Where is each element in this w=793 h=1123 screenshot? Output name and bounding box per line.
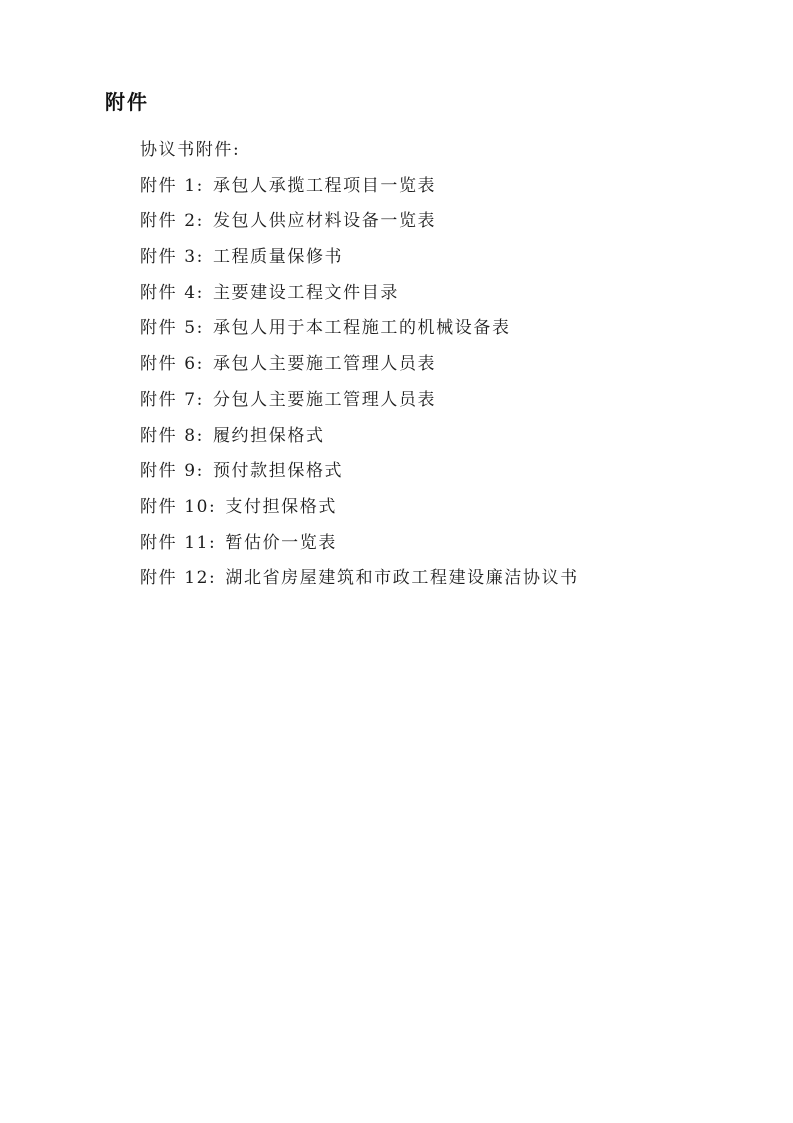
attachment-title: 支付担保格式 xyxy=(225,497,337,517)
attachment-item-1: 附件 1:承包人承揽工程项目一览表 xyxy=(140,169,753,205)
attachment-title: 承包人承揽工程项目一览表 xyxy=(213,176,436,196)
attachment-title: 承包人用于本工程施工的机械设备表 xyxy=(213,318,511,338)
attachment-label: 附件 6: xyxy=(140,354,204,374)
attachment-label: 附件 9: xyxy=(140,461,204,481)
attachment-item-12: 附件 12:湖北省房屋建筑和市政工程建设廉洁协议书 xyxy=(140,561,753,597)
attachment-label: 附件 12: xyxy=(140,568,216,588)
attachment-item-6: 附件 6:承包人主要施工管理人员表 xyxy=(140,347,753,383)
document-page: 附件 协议书附件: 附件 1:承包人承揽工程项目一览表 附件 2:发包人供应材料… xyxy=(0,0,793,1123)
attachment-label: 附件 3: xyxy=(140,247,204,267)
attachment-list: 协议书附件: 附件 1:承包人承揽工程项目一览表 附件 2:发包人供应材料设备一… xyxy=(140,133,753,597)
attachment-title: 湖北省房屋建筑和市政工程建设廉洁协议书 xyxy=(225,568,578,588)
attachment-label: 附件 7: xyxy=(140,390,204,410)
attachment-intro: 协议书附件: xyxy=(140,133,753,169)
attachment-item-8: 附件 8:履约担保格式 xyxy=(140,419,753,455)
attachment-label: 附件 4: xyxy=(140,283,204,303)
attachment-item-10: 附件 10:支付担保格式 xyxy=(140,490,753,526)
attachment-item-7: 附件 7:分包人主要施工管理人员表 xyxy=(140,383,753,419)
attachment-label: 附件 10: xyxy=(140,497,216,517)
attachment-label: 附件 11: xyxy=(140,533,216,553)
attachment-title: 发包人供应材料设备一览表 xyxy=(213,211,436,231)
page-title: 附件 xyxy=(105,86,149,115)
attachment-title: 暂估价一览表 xyxy=(225,533,337,553)
attachment-label: 附件 5: xyxy=(140,318,204,338)
attachment-item-5: 附件 5:承包人用于本工程施工的机械设备表 xyxy=(140,311,753,347)
attachment-item-2: 附件 2:发包人供应材料设备一览表 xyxy=(140,204,753,240)
attachment-title: 工程质量保修书 xyxy=(213,247,343,267)
attachment-title: 主要建设工程文件目录 xyxy=(213,283,399,303)
attachment-item-4: 附件 4:主要建设工程文件目录 xyxy=(140,276,753,312)
attachment-item-9: 附件 9:预付款担保格式 xyxy=(140,454,753,490)
attachment-title: 承包人主要施工管理人员表 xyxy=(213,354,436,374)
attachment-title: 履约担保格式 xyxy=(213,426,325,446)
attachment-title: 分包人主要施工管理人员表 xyxy=(213,390,436,410)
attachment-item-3: 附件 3:工程质量保修书 xyxy=(140,240,753,276)
attachment-label: 附件 8: xyxy=(140,426,204,446)
attachment-item-11: 附件 11:暂估价一览表 xyxy=(140,526,753,562)
attachment-label: 附件 1: xyxy=(140,176,204,196)
attachment-label: 附件 2: xyxy=(140,211,204,231)
attachment-title: 预付款担保格式 xyxy=(213,461,343,481)
